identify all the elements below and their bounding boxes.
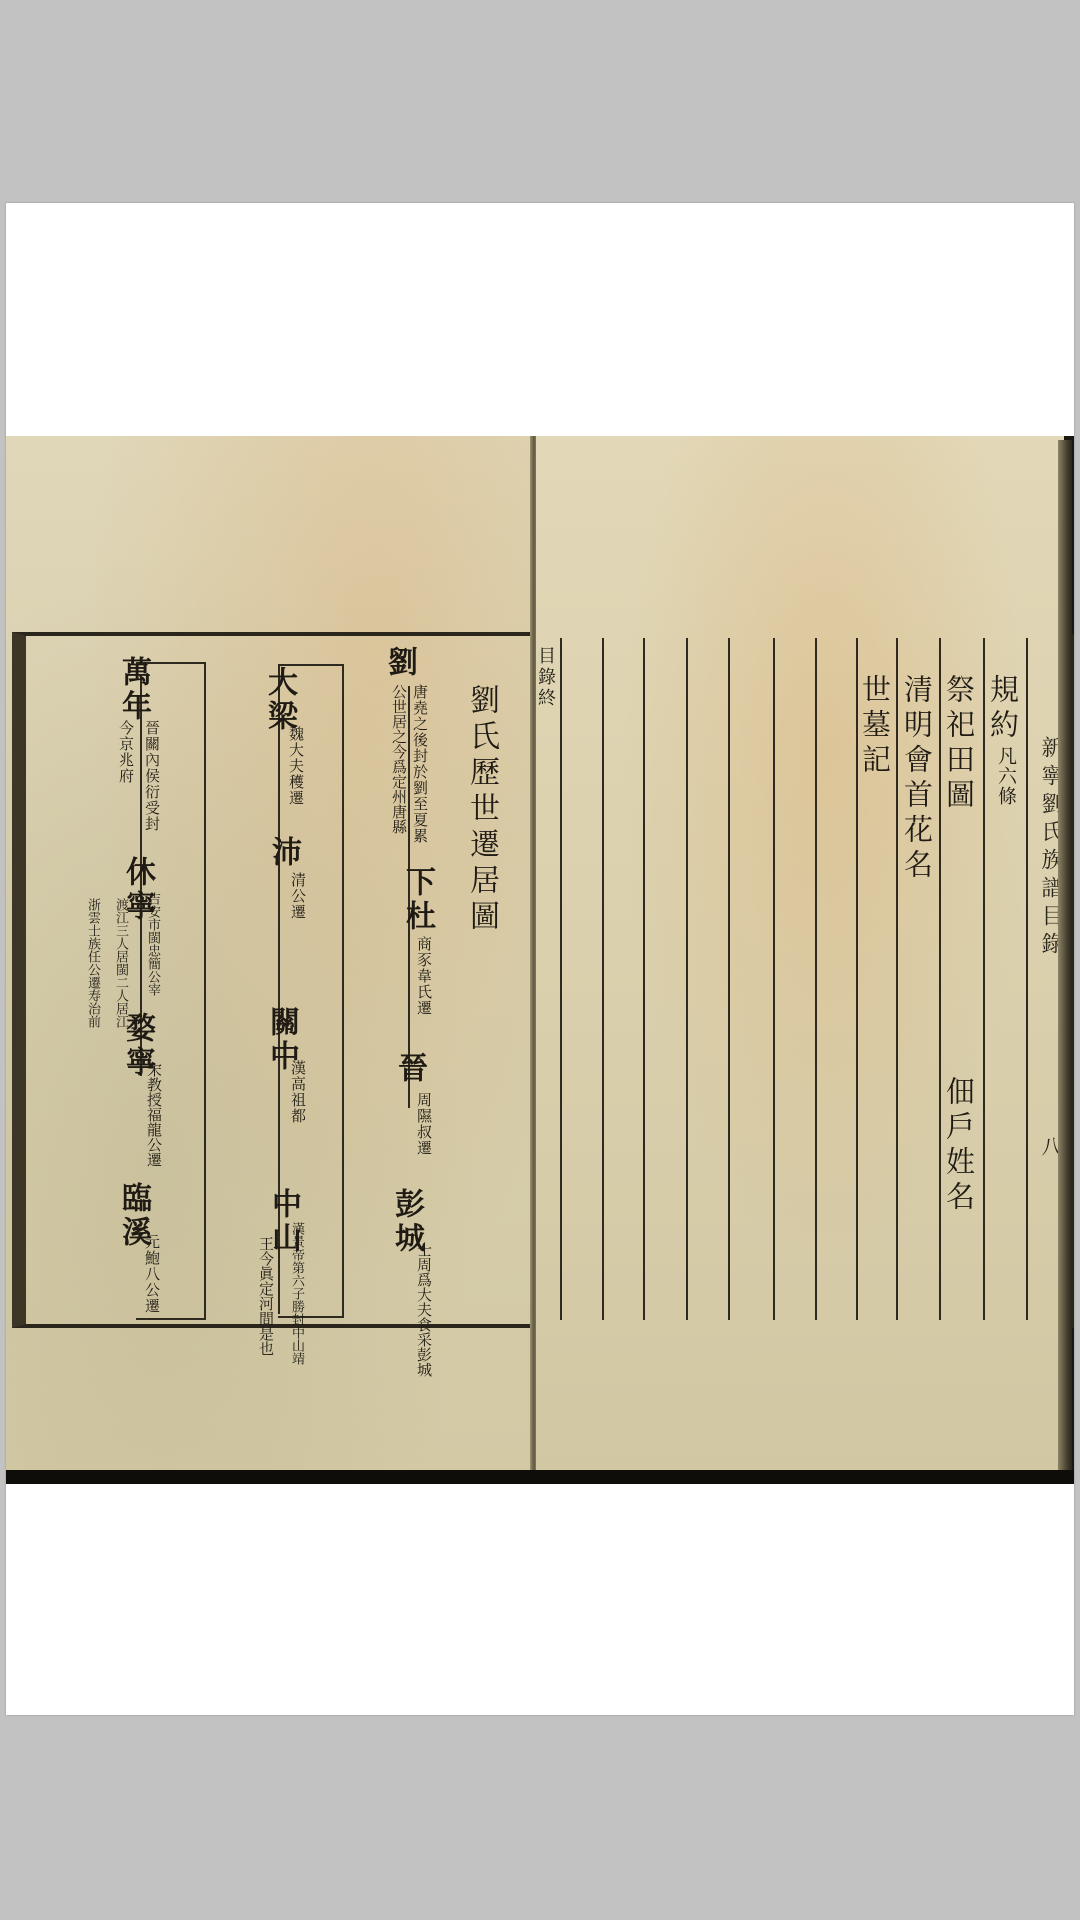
contents-item-tenant-names: 佃戶姓名 — [944, 1076, 973, 1216]
note-liu-right: 唐堯之後封於劉至夏累 — [412, 684, 427, 844]
scan-bottom-shadow — [6, 1470, 1074, 1484]
ruling-line — [560, 638, 562, 1320]
place-liu: 劉 — [384, 646, 414, 680]
contents-item-rules: 規約 — [988, 674, 1017, 744]
left-page: 劉氏歷世遷居圖 劉 唐堯之後封於劉至夏累 公世居之今爲定州唐縣 下杜 商豕韋氏遷… — [6, 436, 533, 1470]
note-pengcheng: 士周爲大夫食采彭城 — [416, 1242, 431, 1377]
note-daliang: 魏大夫穫遷 — [288, 726, 303, 806]
ruling-line — [602, 638, 604, 1320]
note-zhongshan-right: 漢景帝第六子勝封中山靖 — [290, 1222, 303, 1365]
place-daliang: 大梁 — [264, 666, 294, 734]
place-wannian: 萬年 — [118, 656, 148, 724]
note-guanzhong: 漢高祖都 — [290, 1060, 305, 1124]
ruling-line — [728, 638, 730, 1320]
note-wuning: 宋教授福龍公遷 — [146, 1062, 161, 1167]
contents-item-tomb-records: 世墓記 — [860, 674, 889, 779]
ruling-line — [896, 638, 898, 1320]
contents-end-marker: 目錄終 — [536, 646, 554, 709]
note-liu-left: 公世居之今爲定州唐縣 — [391, 684, 406, 834]
book-scan-image[interactable]: 劉氏歷世遷居圖 劉 唐堯之後封於劉至夏累 公世居之今爲定州唐縣 下杜 商豕韋氏遷… — [6, 436, 1074, 1484]
contents-item-qingming-roster: 清明會首花名 — [902, 674, 931, 884]
place-pei: 沛 — [268, 836, 298, 870]
note-xiadu: 商豕韋氏遷 — [416, 936, 431, 1016]
note-linxi: 元鮑八公遷 — [144, 1234, 159, 1314]
place-xiadu: 下杜 — [402, 866, 432, 934]
right-page-border — [1072, 634, 1074, 1328]
note-wannian-left: 今京兆府 — [118, 720, 133, 784]
note-xiuning-far-left: 浙雲士族任公遷寿治前 — [86, 898, 99, 1028]
ruling-line — [1026, 638, 1028, 1320]
ruling-line — [939, 638, 941, 1320]
ruling-line — [815, 638, 817, 1320]
note-zhongshan-left: 王今眞定河間是也 — [258, 1236, 273, 1356]
book-fore-edge — [1058, 440, 1072, 1472]
note-pei: 清公遷 — [290, 872, 305, 920]
ruling-line — [983, 638, 985, 1320]
ruling-line — [686, 638, 688, 1320]
place-jin: 晉 — [394, 1052, 424, 1086]
note-jin: 周隰叔遷 — [416, 1092, 431, 1156]
migration-chart-title: 劉氏歷世遷居圖 — [466, 684, 496, 936]
note-wannian-right: 晉關內侯衍受封 — [144, 720, 159, 832]
contents-item-sacrificial-fields: 祭祀田圖 — [944, 674, 973, 814]
ruling-line — [773, 638, 775, 1320]
contents-item-rules-note: 凡六條 — [996, 746, 1015, 806]
right-page: 目錄終 規約 凡六條 祭祀田圖 清明會首花名 世墓記 佃戶姓名 新寧劉氏族譜目錄… — [536, 436, 1064, 1476]
note-xiuning-right: 吉安市閩忠簡公宰 — [146, 892, 159, 996]
note-xiuning-left: 渡江三人居閩二人居江 — [114, 898, 127, 1028]
ruling-line — [643, 638, 645, 1320]
